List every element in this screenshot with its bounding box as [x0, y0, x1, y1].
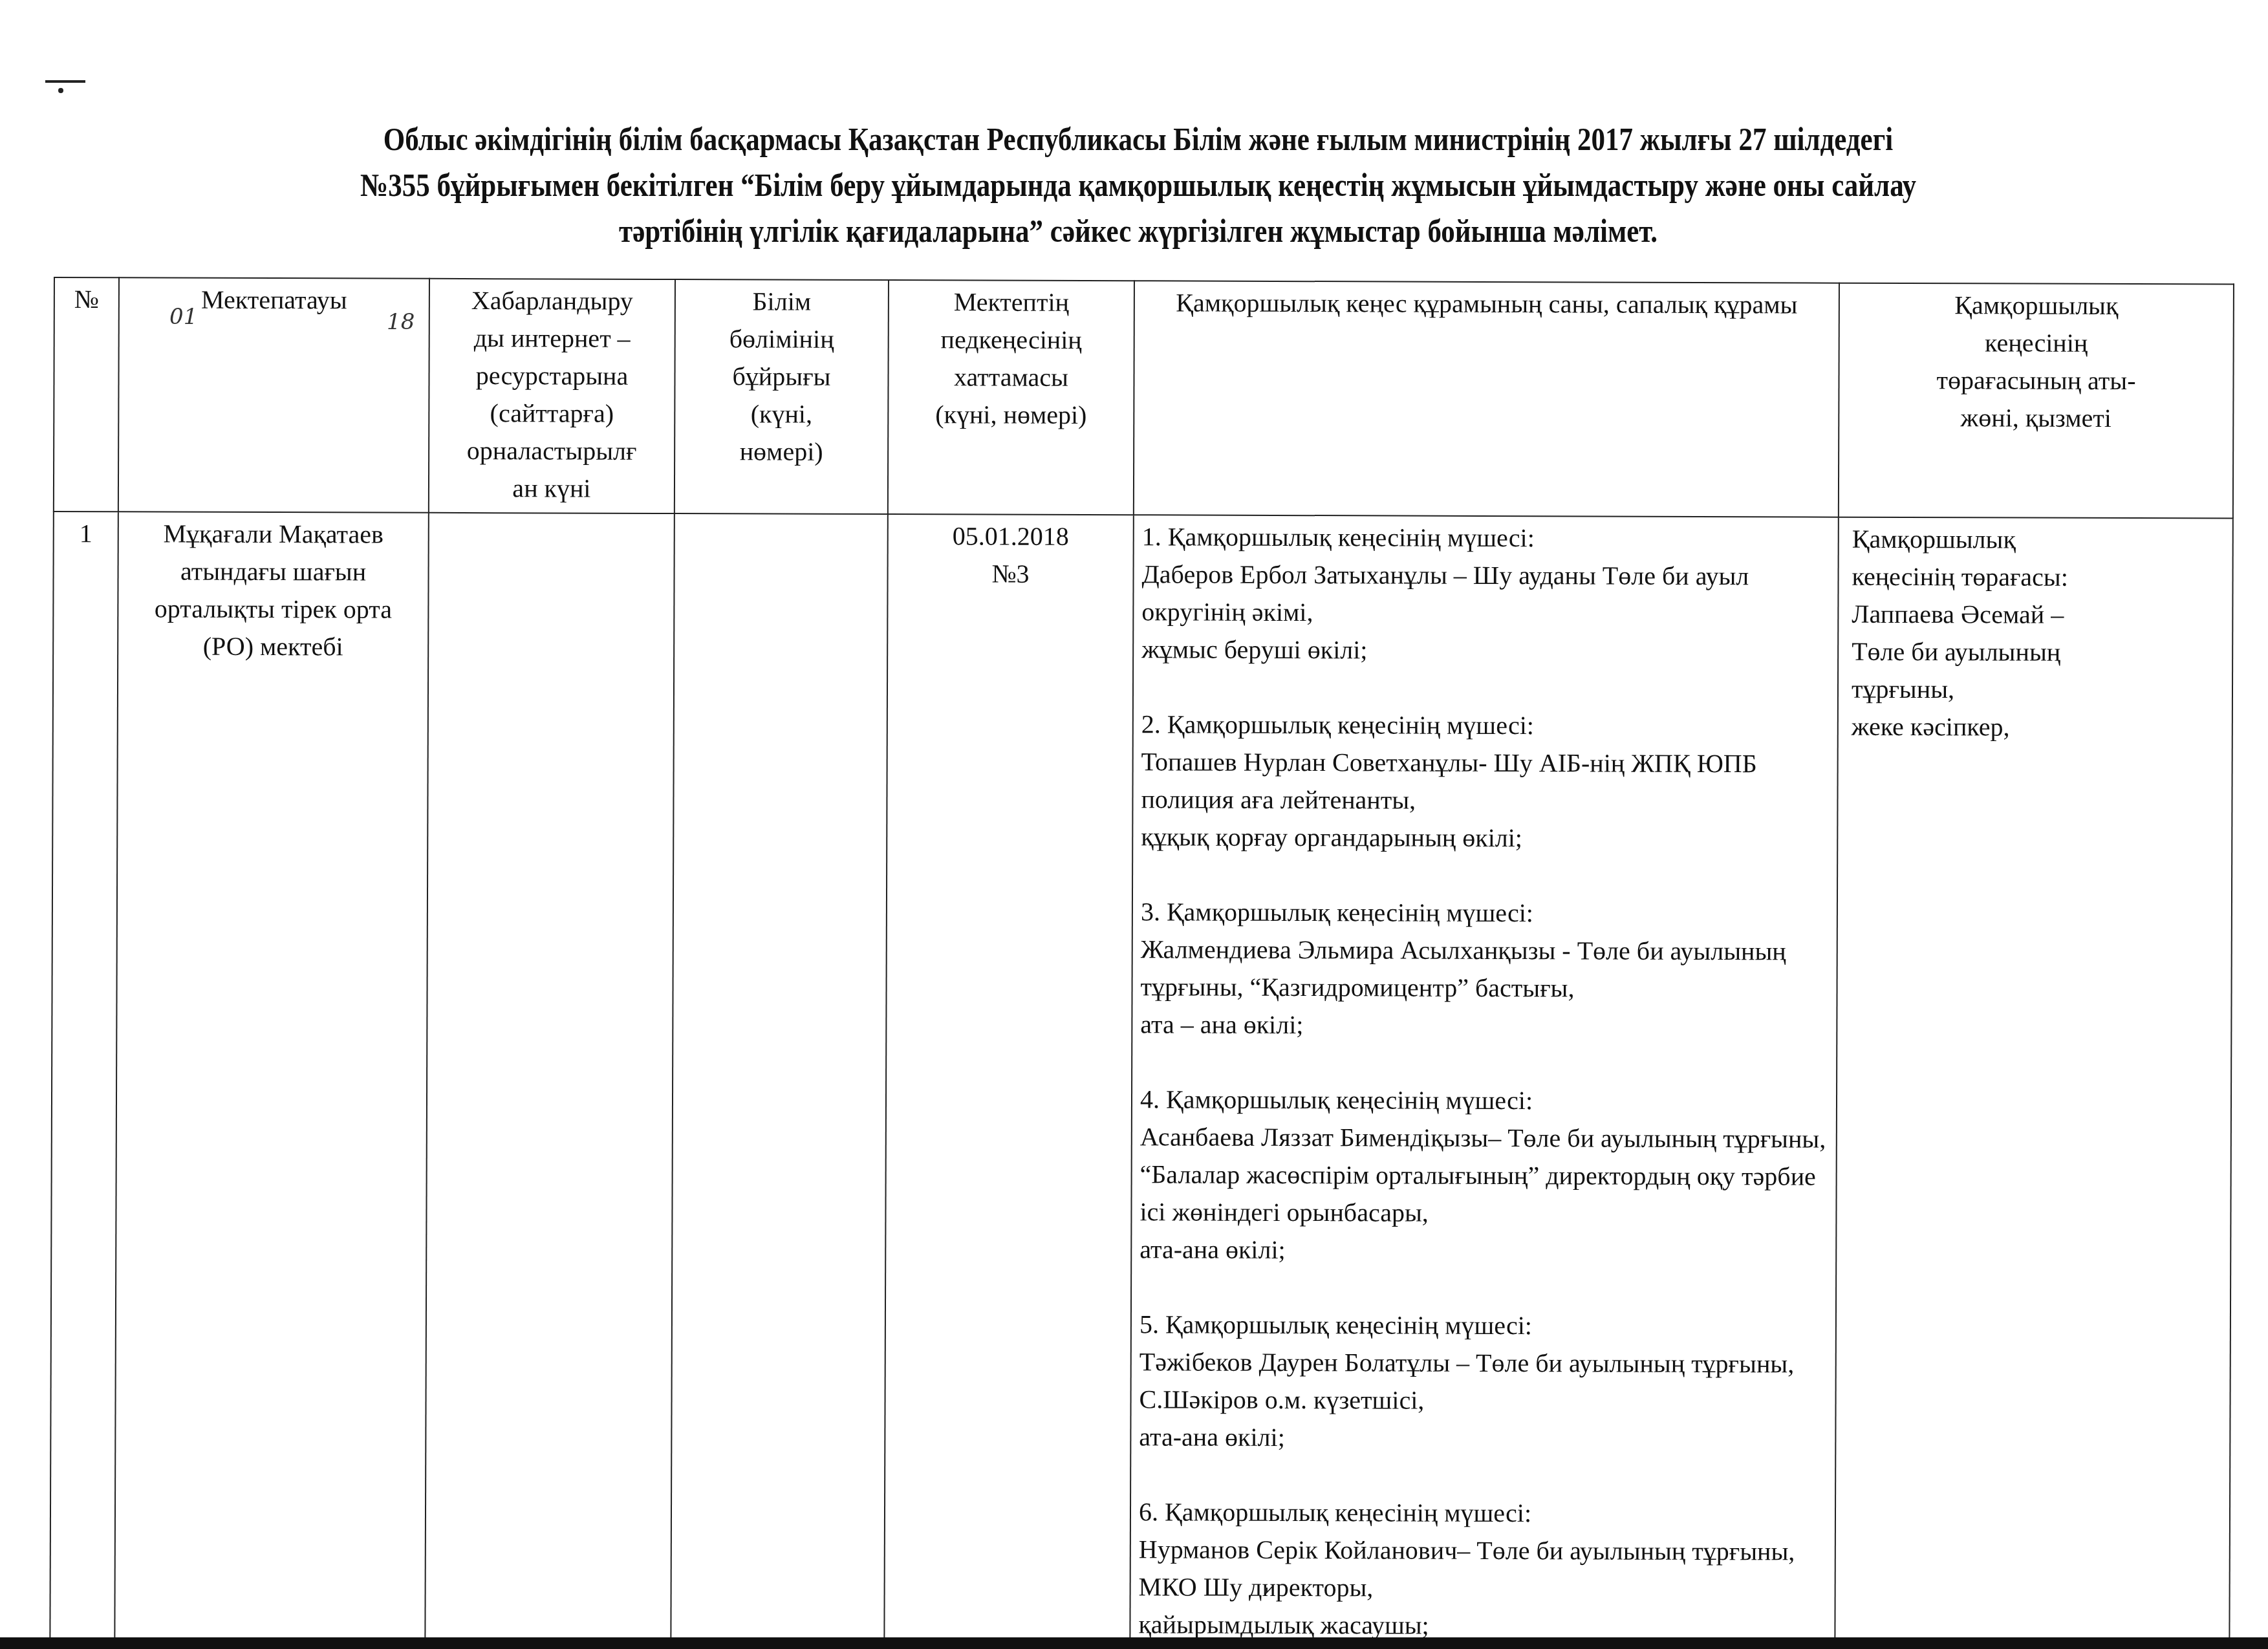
- scan-artifact-dot: [1264, 1588, 1268, 1593]
- row-number: 1: [50, 512, 118, 1643]
- council-protocol: 05.01.2018 №3: [884, 514, 1133, 1646]
- school-name: Мұқағали Мақатаев атындағы шағын орталық…: [114, 512, 428, 1644]
- title-line-3: тәртібінің үлгілік қағидаларына” сәйкес …: [193, 208, 2084, 254]
- table-header-row: № Мектепатауы Хабарландыру ды интернет –…: [54, 277, 2234, 519]
- header-chair-name: Қамқоршылық кеңесінің төрағасының аты- ж…: [1839, 283, 2234, 519]
- department-order: [671, 513, 887, 1646]
- council-chair: Қамқоршылық кеңесінің төрағасы: Лаппаева…: [1835, 517, 2232, 1649]
- member-item: 2. Қамқоршылық кеңесінің мүшесі: Топашев…: [1141, 706, 1831, 857]
- title-line-2: №355 бұйрығымен бекітілген “Білім беру ұ…: [193, 162, 2084, 208]
- header-school-name: Мектепатауы: [118, 277, 429, 513]
- header-council-protocol: Мектептің педкеңесінің хаттамасы (күні, …: [888, 280, 1134, 515]
- announcement-date: [425, 513, 674, 1645]
- title-line-1: Облыс әкімдігінің білім басқармасы Қазақ…: [193, 116, 2084, 162]
- document-title: Облыс әкімдігінің білім басқармасы Қазақ…: [193, 116, 2084, 254]
- council-table: № Мектепатауы Хабарландыру ды интернет –…: [49, 277, 2234, 1649]
- member-item: 6. Қамқоршылық кеңесінің мүшесі: Нурмано…: [1138, 1493, 1828, 1645]
- scan-artifact-line: [45, 80, 85, 83]
- council-members: 1. Қамқоршылық кеңесінің мүшесі: Даберов…: [1130, 515, 1838, 1648]
- header-number: №: [54, 277, 119, 512]
- scan-bottom-edge: [0, 1637, 2268, 1649]
- table-row: 1 Мұқағали Мақатаев атындағы шағын ортал…: [50, 512, 2232, 1649]
- member-item: 5. Қамқоршылық кеңесінің мүшесі: Тәжібек…: [1139, 1306, 1829, 1458]
- header-department-order: Білім бөлімінің бұйрығы (күні, нөмері): [675, 279, 889, 514]
- header-council-composition: Қамқоршылық кеңес құрамының саны, сапалы…: [1134, 281, 1839, 517]
- member-item: 3. Қамқоршылық кеңесінің мүшесі: Жалменд…: [1140, 893, 1830, 1045]
- header-announcement-date: Хабарландыру ды интернет – ресурстарына …: [429, 279, 675, 513]
- scan-artifact-dot: [58, 88, 63, 93]
- member-item: 1. Қамқоршылық кеңесінің мүшесі: Даберов…: [1141, 518, 1831, 670]
- member-item: 4. Қамқоршылық кеңесінің мүшесі: Асанбае…: [1139, 1081, 1830, 1270]
